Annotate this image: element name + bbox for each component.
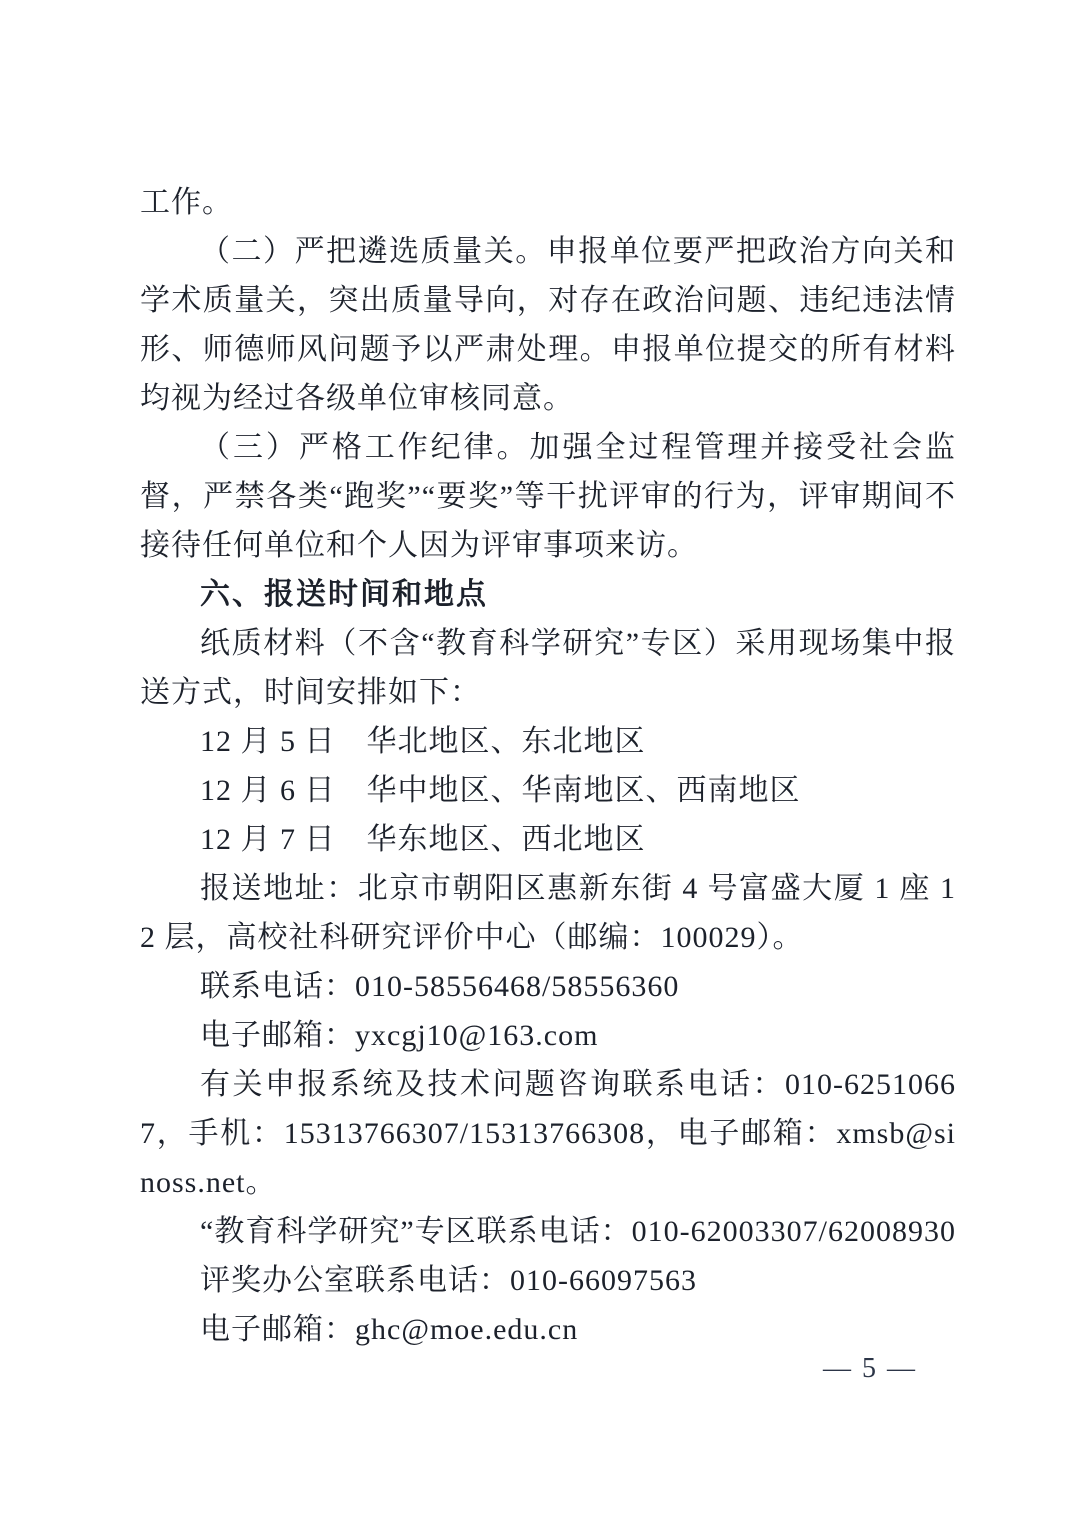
para-award-office-email: 电子邮箱：ghc@moe.edu.cn <box>140 1305 956 1354</box>
para-submission-address: 报送地址：北京市朝阳区惠新东街 4 号富盛大厦 1 座 12 层，高校社科研究评… <box>140 864 956 962</box>
schedule-dec-7: 12 月 7 日 华东地区、西北地区 <box>140 815 956 864</box>
para-contact-email: 电子邮箱：yxcgj10@163.com <box>140 1011 956 1060</box>
para-award-office-phone: 评奖办公室联系电话：010-66097563 <box>140 1256 956 1305</box>
para-previous-continuation: 工作。 <box>140 178 956 227</box>
schedule-dec-6: 12 月 6 日 华中地区、华南地区、西南地区 <box>140 766 956 815</box>
para-rule-3-discipline: （三）严格工作纪律。加强全过程管理并接受社会监督，严禁各类“跑奖”“要奖”等干扰… <box>140 423 956 570</box>
heading-section-6: 六、报送时间和地点 <box>140 570 956 619</box>
document-body: 工作。（二）严把遴选质量关。申报单位要严把政治方向关和学术质量关，突出质量导向，… <box>140 178 956 1354</box>
schedule-dec-5: 12 月 5 日 华北地区、东北地区 <box>140 717 956 766</box>
page-number-footer: — 5 — <box>823 1352 917 1386</box>
para-contact-phone: 联系电话：010-58556468/58556360 <box>140 962 956 1011</box>
para-rule-2-quality: （二）严把遴选质量关。申报单位要严把政治方向关和学术质量关，突出质量导向，对存在… <box>140 227 956 423</box>
para-education-zone-phone: “教育科学研究”专区联系电话：010-62003307/62008930 <box>140 1207 956 1256</box>
document-page: 工作。（二）严把遴选质量关。申报单位要严把政治方向关和学术质量关，突出质量导向，… <box>0 0 1080 1527</box>
para-tech-support: 有关申报系统及技术问题咨询联系电话：010-62510667，手机：153137… <box>140 1060 956 1207</box>
para-submission-intro: 纸质材料（不含“教育科学研究”专区）采用现场集中报送方式，时间安排如下： <box>140 619 956 717</box>
